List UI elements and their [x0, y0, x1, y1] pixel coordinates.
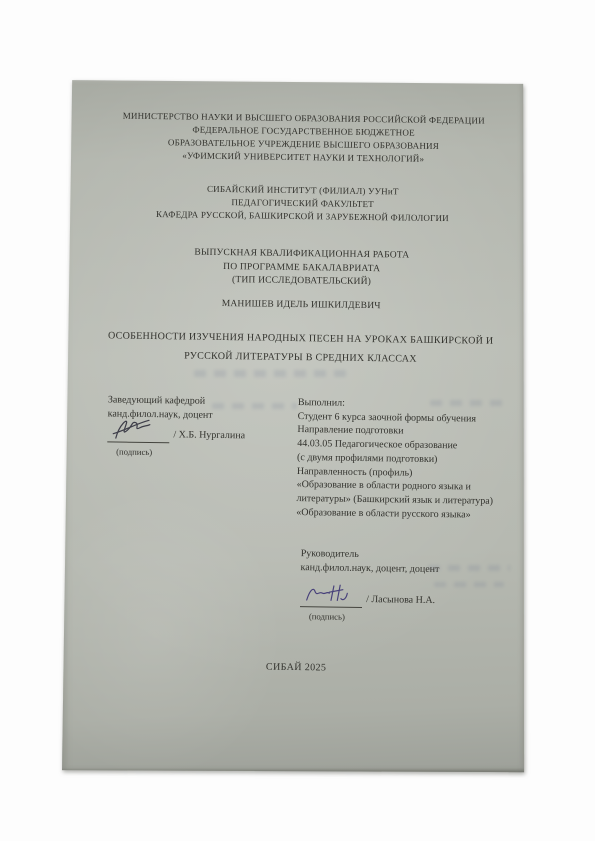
paper-sheet: МИНИСТЕРСТВО НАУКИ И ВЫСШЕГО ОБРАЗОВАНИЯ… [62, 78, 525, 775]
head-signature-area: / Х.Б. Нургалина [107, 423, 297, 449]
institute-header: СИБАЙСКИЙ ИНСТИТУТ (ФИЛИАЛ) УУНиТ ПЕДАГО… [77, 181, 528, 226]
head-signature-name: / Х.Б. Нургалина [173, 428, 245, 443]
head-of-department-block: Заведующий кафедрой канд.филол.наук, доц… [107, 393, 298, 460]
author-name: МАНИШЕВ ИДЕЛЬ ИШКИЛДЕВИЧ [76, 297, 526, 313]
scanned-title-page-photo: МИНИСТЕРСТВО НАУКИ И ВЫСШЕГО ОБРАЗОВАНИЯ… [0, 0, 595, 841]
supervisor-signature-name: / Ласынова Н.А. [366, 593, 435, 607]
student-block: Выполнил: Студент 6 курса заочной формы … [296, 396, 520, 522]
supervisor-signature-scribble [303, 580, 357, 608]
supervisor-signature-area: / Ласынова Н.А. [300, 588, 520, 614]
supervisor-block: Руководитель канд.филол.наук, доцент, до… [300, 547, 521, 625]
head-signature-scribble [110, 415, 166, 442]
city-year: СИБАЙ 2025 [71, 659, 521, 676]
work-type-block: ВЫПУСКНАЯ КВАЛИФИКАЦИОННАЯ РАБОТА ПО ПРО… [76, 245, 527, 292]
supervisor-degree: канд.филол.наук, доцент, доцент [300, 561, 520, 578]
paper-shadow: МИНИСТЕРСТВО НАУКИ И ВЫСШЕГО ОБРАЗОВАНИЯ… [0, 0, 595, 841]
thesis-title: ОСОБЕННОСТИ ИЗУЧЕНИЯ НАРОДНЫХ ПЕСЕН НА У… [75, 326, 525, 370]
ministry-header: МИНИСТЕРСТВО НАУКИ И ВЫСШЕГО ОБРАЗОВАНИЯ… [78, 109, 529, 167]
title-page-content: МИНИСТЕРСТВО НАУКИ И ВЫСШЕГО ОБРАЗОВАНИЯ… [57, 75, 530, 778]
